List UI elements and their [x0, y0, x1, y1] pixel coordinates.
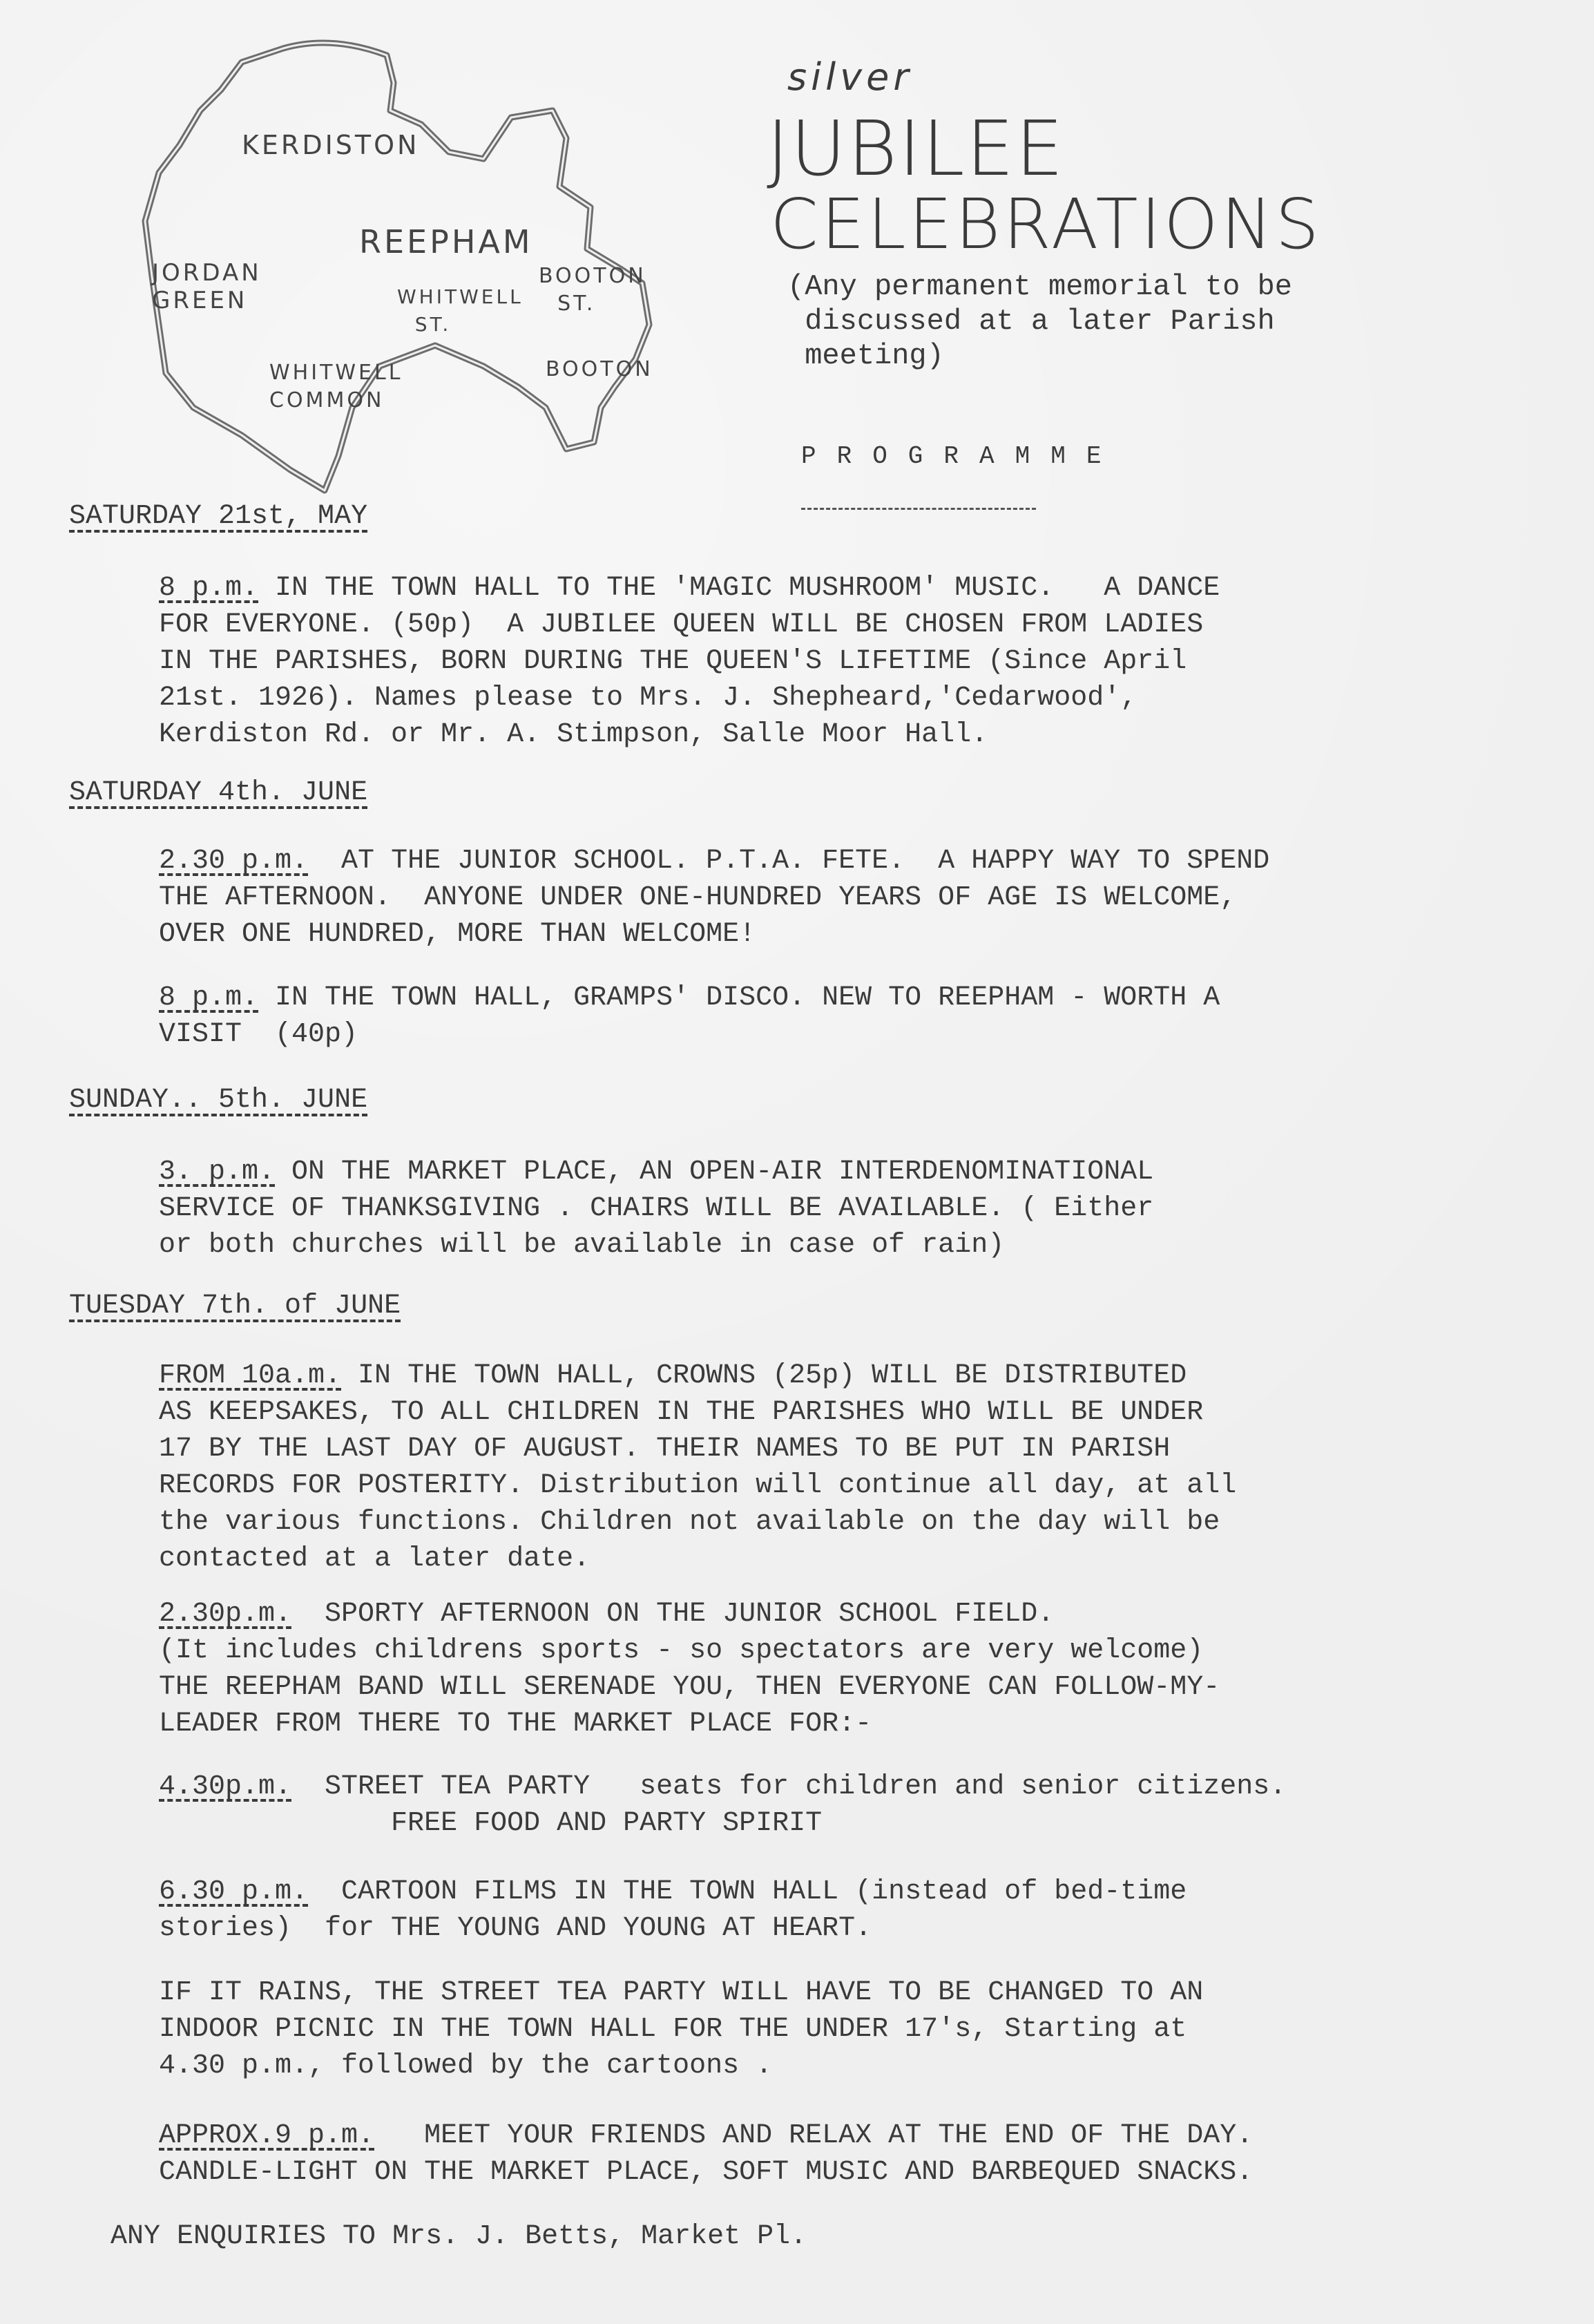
handwritten-silver: silver — [787, 55, 913, 99]
event-paragraph: 2.30p.m. SPORTY AFTERNOON ON THE JUNIOR … — [159, 1596, 1582, 1742]
event-paragraph: 8 p.m. IN THE TOWN HALL, GRAMPS' DISCO. … — [159, 980, 1582, 1053]
event-text: IN THE TOWN HALL, GRAMPS' DISCO. NEW TO … — [159, 982, 1220, 1050]
map-label-kerdiston: KERDISTON — [242, 131, 419, 159]
event-time: 4.30p.m. — [159, 1771, 291, 1802]
event-time: FROM 10a.m. — [159, 1360, 341, 1391]
title-jubilee: JUBILEE — [767, 111, 1065, 187]
event-time: 8 p.m. — [159, 573, 258, 604]
event-paragraph: APPROX.9 p.m. MEET YOUR FRIENDS AND RELA… — [159, 2117, 1582, 2191]
map-label-whitwell-common: WHITWELL COMMON — [269, 359, 403, 415]
day-heading: SUNDAY.. 5th. JUNE — [69, 1085, 367, 1116]
title-celebrations: CELEBRATIONS — [770, 187, 1322, 263]
map-label-jordan-green: JORDAN GREEN — [152, 259, 262, 314]
parish-map: KERDISTON REEPHAM JORDAN GREEN WHITWELL … — [124, 35, 746, 511]
event-paragraph: 2.30 p.m. AT THE JUNIOR SCHOOL. P.T.A. F… — [159, 843, 1582, 953]
event-text: CARTOON FILMS IN THE TOWN HALL (instead … — [159, 1876, 1187, 1944]
programme-heading: PROGRAMME — [801, 442, 1122, 470]
event-text: STREET TEA PARTY seats for children and … — [159, 1771, 1286, 1839]
event-time: APPROX.9 p.m. — [159, 2120, 374, 2151]
event-text: SPORTY AFTERNOON ON THE JUNIOR SCHOOL FI… — [159, 1599, 1220, 1740]
enquiries-footer: ANY ENQUIRIES TO Mrs. J. Betts, Market P… — [111, 2221, 807, 2252]
event-paragraph: 8 p.m. IN THE TOWN HALL TO THE 'MAGIC MU… — [159, 570, 1582, 753]
day-heading: SATURDAY 4th. JUNE — [69, 777, 367, 808]
event-time: 6.30 p.m. — [159, 1876, 308, 1907]
event-text: ON THE MARKET PLACE, AN OPEN-AIR INTERDE… — [159, 1156, 1153, 1261]
event-text: AT THE JUNIOR SCHOOL. P.T.A. FETE. A HAP… — [159, 846, 1269, 950]
event-time: 8 p.m. — [159, 982, 258, 1013]
day-heading: TUESDAY 7th. of JUNE — [69, 1290, 401, 1322]
map-label-whitwell-st: WHITWELL ST. — [397, 283, 524, 339]
map-label-booton-st: BOOTON ST. — [539, 263, 646, 318]
document-page: KERDISTON REEPHAM JORDAN GREEN WHITWELL … — [0, 0, 1594, 2324]
event-text: IN THE TOWN HALL, CROWNS (25p) WILL BE D… — [159, 1360, 1236, 1574]
rain-notice: IF IT RAINS, THE STREET TEA PARTY WILL H… — [159, 1974, 1582, 2084]
event-time: 3. p.m. — [159, 1156, 275, 1188]
programme-underline — [801, 508, 1036, 510]
map-label-booton: BOOTON — [546, 356, 653, 383]
event-paragraph: 3. p.m. ON THE MARKET PLACE, AN OPEN-AIR… — [159, 1154, 1582, 1264]
event-text: IF IT RAINS, THE STREET TEA PARTY WILL H… — [159, 1977, 1203, 2082]
memorial-note: (Any permanent memorial to be discussed … — [787, 269, 1292, 373]
event-text: IN THE TOWN HALL TO THE 'MAGIC MUSHROOM'… — [159, 573, 1220, 750]
event-time: 2.30p.m. — [159, 1599, 291, 1630]
event-paragraph: 4.30p.m. STREET TEA PARTY seats for chil… — [159, 1769, 1582, 1842]
event-paragraph: FROM 10a.m. IN THE TOWN HALL, CROWNS (25… — [159, 1358, 1582, 1577]
event-paragraph: 6.30 p.m. CARTOON FILMS IN THE TOWN HALL… — [159, 1874, 1582, 1947]
event-time: 2.30 p.m. — [159, 846, 308, 877]
day-heading: SATURDAY 21st, MAY — [69, 501, 367, 532]
map-label-reepham: REEPHAM — [359, 228, 533, 256]
